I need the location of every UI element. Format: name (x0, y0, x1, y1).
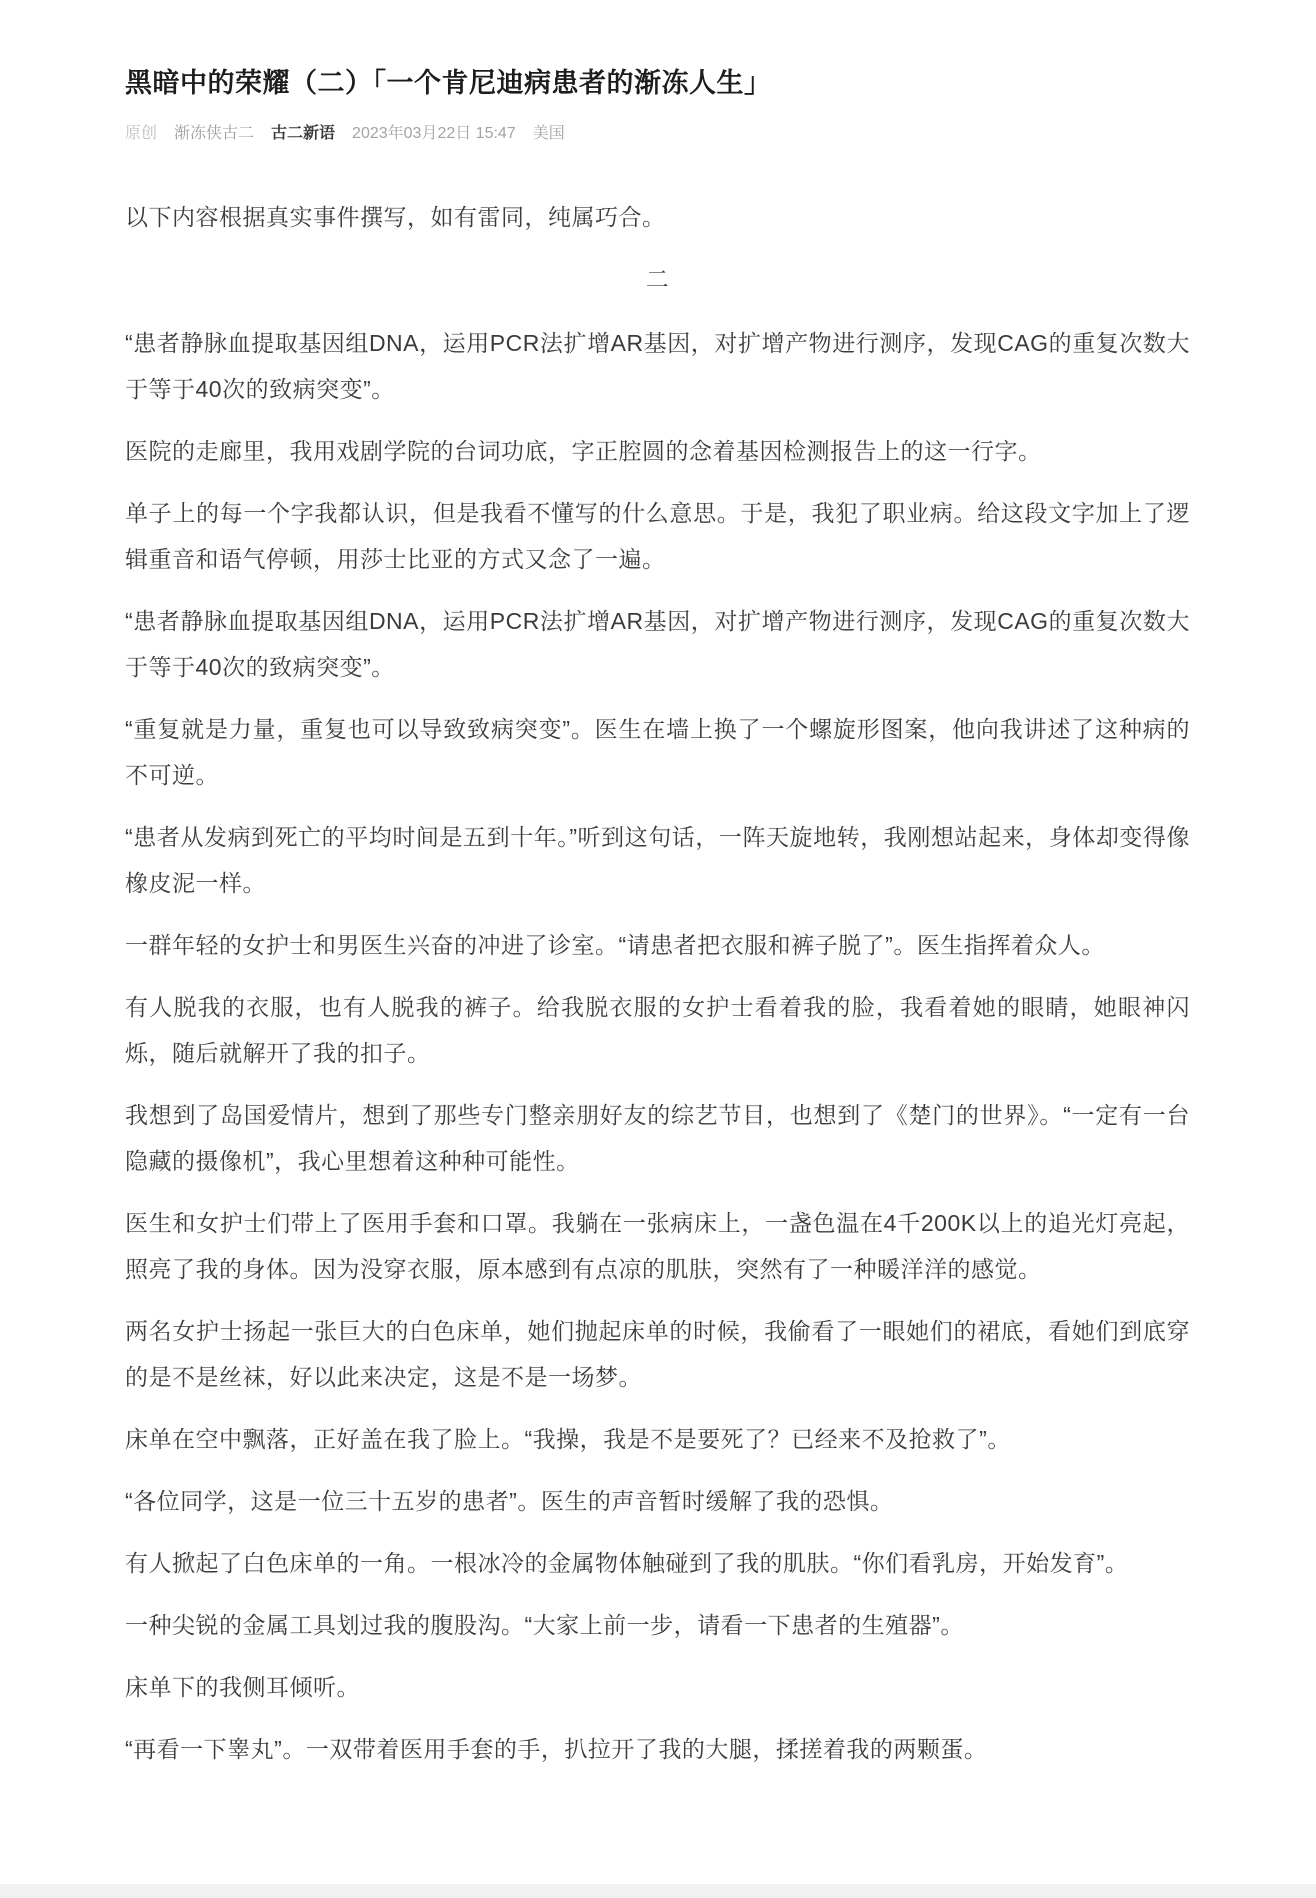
article-title: 黑暗中的荣耀（二）「一个肯尼迪病患者的渐冻人生」 (125, 64, 1190, 103)
article-body: 以下内容根据真实事件撰写，如有雷同，纯属巧合。二“患者静脉血提取基因组DNA，运… (125, 194, 1190, 1772)
account-name-link[interactable]: 古二新语 (271, 123, 335, 145)
article-paragraph: 单子上的每一个字我都认识，但是我看不懂写的什么意思。于是，我犯了职业病。给这段文… (125, 490, 1190, 582)
publish-location: 美国 (533, 123, 565, 145)
article-paragraph: 我想到了岛国爱情片，想到了那些专门整亲朋好友的综艺节目，也想到了《楚门的世界》。… (125, 1092, 1190, 1184)
article-paragraph: 两名女护士扬起一张巨大的白色床单，她们抛起床单的时候，我偷看了一眼她们的裙底，看… (125, 1308, 1190, 1400)
author-name[interactable]: 渐冻侠古二 (174, 123, 254, 145)
article-paragraph: 有人掀起了白色床单的一角。一根冰冷的金属物体触碰到了我的肌肤。“你们看乳房，开始… (125, 1540, 1190, 1586)
byline: 原创 渐冻侠古二 古二新语 2023年03月22日 15:47 美国 (125, 123, 1190, 145)
article-paragraph: 二 (125, 256, 1190, 302)
bottom-bar (0, 1884, 1316, 1898)
article-paragraph: 一种尖锐的金属工具划过我的腹股沟。“大家上前一步，请看一下患者的生殖器”。 (125, 1602, 1190, 1648)
article-paragraph: “重复就是力量，重复也可以导致致病突变”。医生在墙上换了一个螺旋形图案，他向我讲… (125, 706, 1190, 798)
article-paragraph: “患者从发病到死亡的平均时间是五到十年。”听到这句话，一阵天旋地转，我刚想站起来… (125, 814, 1190, 906)
article: 黑暗中的荣耀（二）「一个肯尼迪病患者的渐冻人生」 原创 渐冻侠古二 古二新语 2… (0, 0, 1316, 1772)
article-paragraph: “各位同学，这是一位三十五岁的患者”。医生的声音暂时缓解了我的恐惧。 (125, 1478, 1190, 1524)
article-paragraph: 床单下的我侧耳倾听。 (125, 1664, 1190, 1710)
article-paragraph: 医院的走廊里，我用戏剧学院的台词功底，字正腔圆的念着基因检测报告上的这一行字。 (125, 428, 1190, 474)
article-paragraph: “再看一下睾丸”。一双带着医用手套的手，扒拉开了我的大腿，揉搓着我的两颗蛋。 (125, 1726, 1190, 1772)
article-paragraph: “患者静脉血提取基因组DNA，运用PCR法扩增AR基因，对扩增产物进行测序，发现… (125, 598, 1190, 690)
publish-date: 2023年03月22日 15:47 (352, 123, 516, 145)
original-badge: 原创 (125, 123, 157, 145)
article-paragraph: 有人脱我的衣服，也有人脱我的裤子。给我脱衣服的女护士看着我的脸，我看着她的眼睛，… (125, 984, 1190, 1076)
article-paragraph: 医生和女护士们带上了医用手套和口罩。我躺在一张病床上，一盏色温在4千200K以上… (125, 1200, 1190, 1292)
article-paragraph: 以下内容根据真实事件撰写，如有雷同，纯属巧合。 (125, 194, 1190, 240)
article-paragraph: “患者静脉血提取基因组DNA，运用PCR法扩增AR基因，对扩增产物进行测序，发现… (125, 320, 1190, 412)
article-paragraph: 一群年轻的女护士和男医生兴奋的冲进了诊室。“请患者把衣服和裤子脱了”。医生指挥着… (125, 922, 1190, 968)
article-paragraph: 床单在空中飘落，正好盖在我了脸上。“我操，我是不是要死了？已经来不及抢救了”。 (125, 1416, 1190, 1462)
